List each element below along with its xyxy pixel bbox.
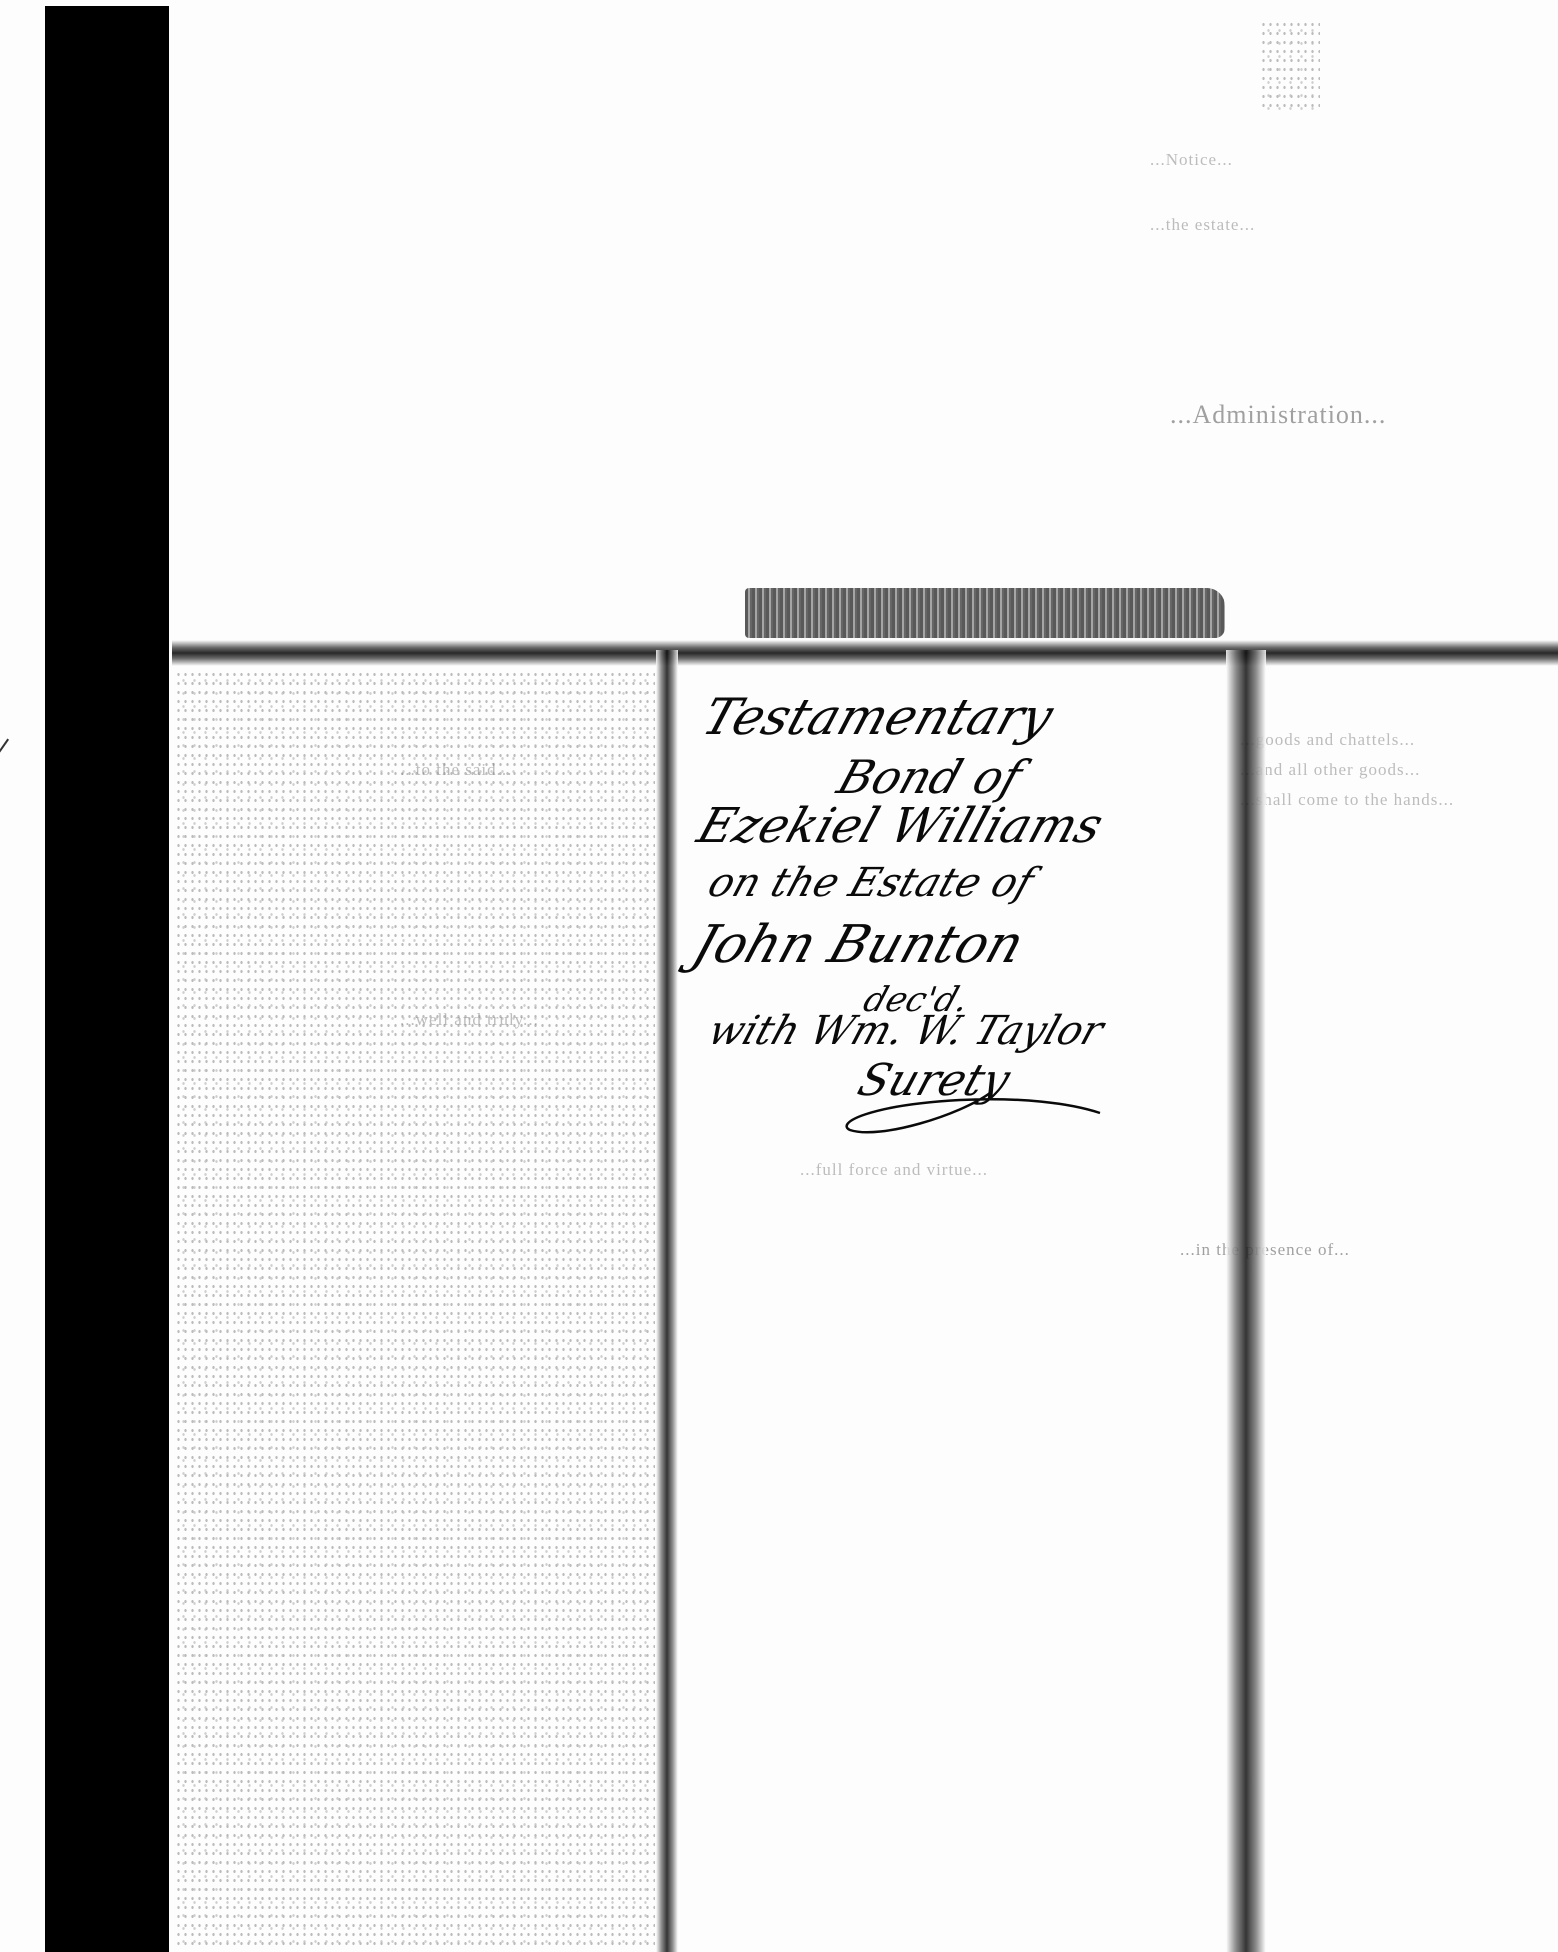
handwritten-docket: Testamentary Bond of Ezekiel Williams on… — [690, 680, 1210, 1140]
ink-smudge — [745, 588, 1225, 638]
print-texture-corner — [1260, 20, 1320, 110]
docket-line-estate: on the Estate of — [703, 860, 1040, 906]
horizontal-fold-line — [172, 640, 1558, 666]
print-texture-left — [175, 670, 655, 1950]
bleed-text: ...Notice... — [1150, 150, 1233, 170]
bleed-text: ...and all other goods... — [1240, 760, 1420, 780]
bleed-heading: ...Administration... — [1170, 400, 1386, 430]
docket-line-surety-name: with Wm. W. Taylor — [703, 1008, 1110, 1054]
docket-line-principal: Ezekiel Williams — [691, 798, 1110, 854]
margin-tick-mark — [0, 739, 17, 764]
bleed-text: ...the estate... — [1150, 215, 1255, 235]
scan-margin-bar — [45, 6, 169, 1952]
bleed-text: ...full force and virtue... — [800, 1160, 988, 1180]
signature-flourish — [840, 1085, 1140, 1145]
vertical-fold-line-right — [1226, 650, 1266, 1952]
docket-line-decedent: John Bunton — [685, 915, 1031, 975]
scanned-page: ...Notice... ...the estate... ...Adminis… — [0, 0, 1558, 1952]
bleed-text: ...shall come to the hands... — [1240, 790, 1454, 810]
vertical-fold-line-left — [656, 650, 678, 1952]
docket-line-bond: Bond of — [831, 750, 1028, 804]
docket-line-title: Testamentary — [696, 688, 1061, 746]
bleed-text: ...goods and chattels... — [1240, 730, 1415, 750]
